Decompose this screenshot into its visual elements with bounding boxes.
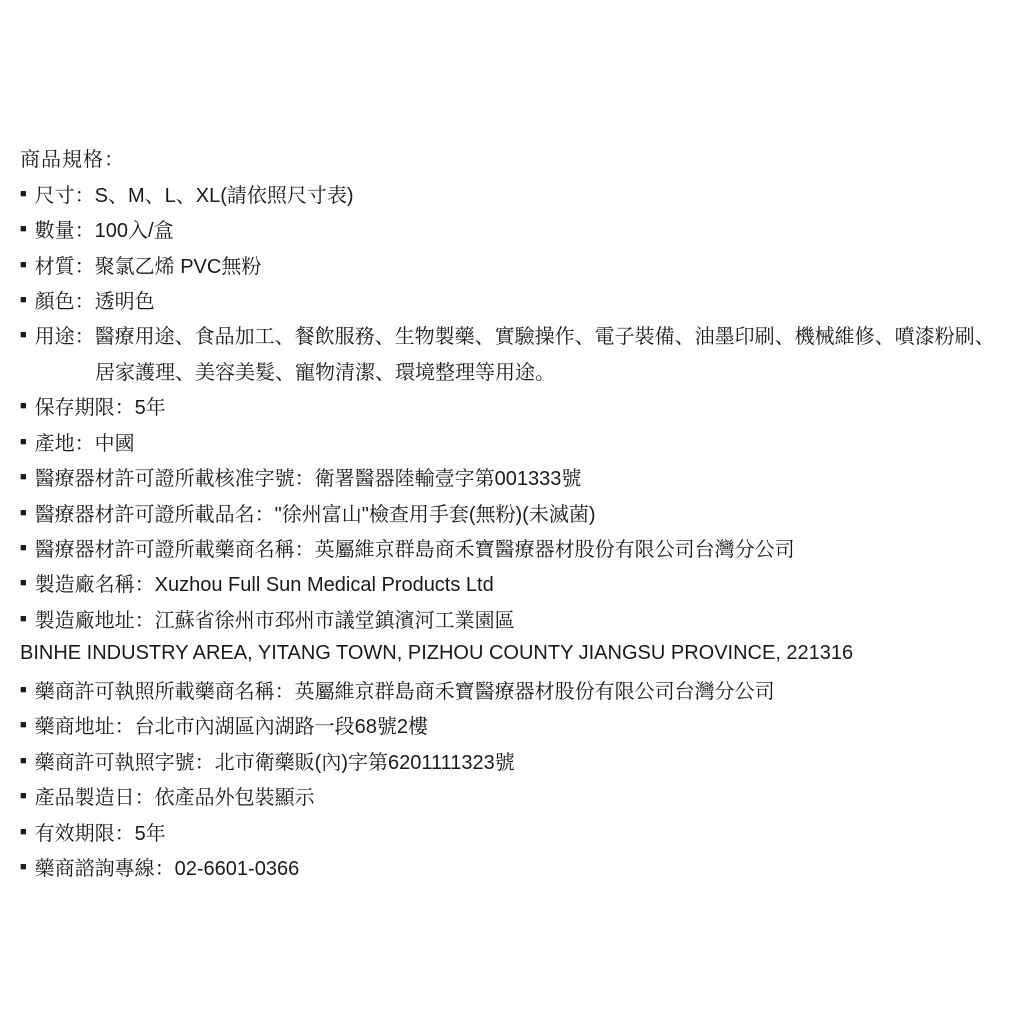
spec-line: ■ 藥商許可執照字號：北市衛藥販(內)字第6201111323號 bbox=[20, 742, 1024, 777]
spec-line: ■ 保存期限：5年 bbox=[20, 388, 1024, 423]
spec-line-text: 醫療器材許可證所載核准字號：衛署醫器陸輸壹字第001333號 bbox=[35, 462, 582, 491]
spec-line: ■ 產品製造日：依產品外包裝顯示 bbox=[20, 778, 1024, 813]
spec-line: ■ 醫療器材許可證所載核准字號：衛署醫器陸輸壹字第001333號 bbox=[20, 459, 1024, 494]
spec-line-text: 藥商諮詢專線：02-6601-0366 bbox=[35, 852, 300, 881]
spec-line-list: ■ 尺寸：S、M、L、XL(請依照尺寸表) ■ 數量：100入/盒 ■ 材質：聚… bbox=[20, 175, 1024, 884]
spec-line: ■ 尺寸：S、M、L、XL(請依照尺寸表) bbox=[20, 175, 1024, 210]
spec-line-text: 保存期限：5年 bbox=[35, 391, 166, 420]
spec-line: ■ 材質：聚氯乙烯 PVC無粉 bbox=[20, 246, 1024, 281]
bullet-square-icon: ■ bbox=[20, 437, 27, 448]
bullet-square-icon: ■ bbox=[20, 472, 27, 483]
spec-line: ■ 醫療器材許可證所載藥商名稱：英屬維京群島商禾寶醫療器材股份有限公司台灣分公司 bbox=[20, 530, 1024, 565]
bullet-square-icon: ■ bbox=[20, 330, 27, 341]
spec-line-text: 產地：中國 bbox=[35, 427, 135, 456]
spec-line-text: 居家護理、美容美髮、寵物清潔、環境整理等用途。 bbox=[20, 356, 555, 385]
spec-line: ■ 藥商諮詢專線：02-6601-0366 bbox=[20, 849, 1024, 884]
bullet-square-icon: ■ bbox=[20, 791, 27, 802]
spec-line: ■ 醫療器材許可證所載品名："徐州富山"檢查用手套(無粉)(未滅菌) bbox=[20, 494, 1024, 529]
spec-line: ■ 數量：100入/盒 bbox=[20, 211, 1024, 246]
bullet-square-icon: ■ bbox=[20, 543, 27, 554]
spec-line-text: 用途：醫療用途、食品加工、餐飲服務、生物製藥、實驗操作、電子裝備、油墨印刷、機械… bbox=[35, 320, 995, 349]
spec-line-text: 顏色：透明色 bbox=[35, 285, 155, 314]
bullet-square-icon: ■ bbox=[20, 401, 27, 412]
spec-line: ■ 產地：中國 bbox=[20, 424, 1024, 459]
spec-line: ■ 有效期限：5年 bbox=[20, 813, 1024, 848]
spec-line: ■ 藥商地址：台北市內湖區內湖路一段68號2樓 bbox=[20, 707, 1024, 742]
spec-line-text: 尺寸：S、M、L、XL(請依照尺寸表) bbox=[35, 179, 354, 208]
product-spec-document: 商品規格： ■ 尺寸：S、M、L、XL(請依照尺寸表) ■ 數量：100入/盒 … bbox=[20, 140, 1024, 884]
bullet-square-icon: ■ bbox=[20, 224, 27, 235]
spec-line-text: 醫療器材許可證所載品名："徐州富山"檢查用手套(無粉)(未滅菌) bbox=[35, 498, 596, 527]
bullet-square-icon: ■ bbox=[20, 508, 27, 519]
spec-line: ■ 居家護理、美容美髮、寵物清潔、環境整理等用途。 bbox=[20, 353, 1024, 388]
spec-line-text: 產品製造日：依產品外包裝顯示 bbox=[35, 781, 315, 810]
spec-line-text: 醫療器材許可證所載藥商名稱：英屬維京群島商禾寶醫療器材股份有限公司台灣分公司 bbox=[35, 533, 795, 562]
spec-line: ■ 顏色：透明色 bbox=[20, 282, 1024, 317]
bullet-square-icon: ■ bbox=[20, 862, 27, 873]
spec-line: ■ BINHE INDUSTRY AREA, YITANG TOWN, PIZH… bbox=[20, 636, 1024, 671]
spec-line-text: BINHE INDUSTRY AREA, YITANG TOWN, PIZHOU… bbox=[20, 642, 853, 665]
bullet-square-icon: ■ bbox=[20, 295, 27, 306]
spec-line: ■ 用途：醫療用途、食品加工、餐飲服務、生物製藥、實驗操作、電子裝備、油墨印刷、… bbox=[20, 317, 1024, 352]
spec-line-text: 製造廠名稱：Xuzhou Full Sun Medical Products L… bbox=[35, 568, 494, 597]
spec-line: ■ 製造廠名稱：Xuzhou Full Sun Medical Products… bbox=[20, 565, 1024, 600]
bullet-square-icon: ■ bbox=[20, 756, 27, 767]
bullet-square-icon: ■ bbox=[20, 578, 27, 589]
spec-line-text: 藥商許可執照所載藥商名稱：英屬維京群島商禾寶醫療器材股份有限公司台灣分公司 bbox=[35, 675, 775, 704]
bullet-square-icon: ■ bbox=[20, 189, 27, 200]
spec-line-text: 製造廠地址：江蘇省徐州市邳州市議堂鎮濱河工業園區 bbox=[35, 604, 515, 633]
bullet-square-icon: ■ bbox=[20, 685, 27, 696]
bullet-square-icon: ■ bbox=[20, 260, 27, 271]
section-title: 商品規格： bbox=[20, 140, 1024, 175]
bullet-square-icon: ■ bbox=[20, 720, 27, 731]
spec-line-text: 材質：聚氯乙烯 PVC無粉 bbox=[35, 250, 262, 279]
bullet-square-icon: ■ bbox=[20, 827, 27, 838]
spec-line-text: 數量：100入/盒 bbox=[35, 214, 174, 243]
spec-line-text: 有效期限：5年 bbox=[35, 817, 166, 846]
bullet-square-icon: ■ bbox=[20, 614, 27, 625]
spec-line: ■ 藥商許可執照所載藥商名稱：英屬維京群島商禾寶醫療器材股份有限公司台灣分公司 bbox=[20, 672, 1024, 707]
spec-line: ■ 製造廠地址：江蘇省徐州市邳州市議堂鎮濱河工業園區 bbox=[20, 601, 1024, 636]
spec-line-text: 藥商地址：台北市內湖區內湖路一段68號2樓 bbox=[35, 710, 428, 739]
spec-line-text: 藥商許可執照字號：北市衛藥販(內)字第6201111323號 bbox=[35, 746, 515, 775]
